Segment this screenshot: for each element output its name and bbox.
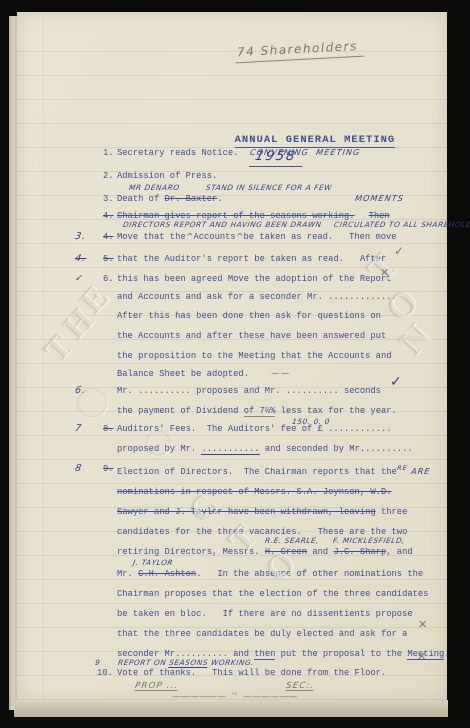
handwritten-text: J. TAYLOR [132, 559, 174, 567]
document-line: nominations in respect of Messrs. S.A. J… [39, 487, 439, 497]
document-line: be taken en bloc. If there are no dissen… [39, 609, 439, 619]
handwritten-item-number: 7 [74, 424, 83, 434]
handwritten-annotation-line: J. TAYLOR [39, 559, 439, 567]
document-line: 3.4.Move that the^Accounts^be taken as r… [39, 232, 439, 242]
typed-text: Death of [117, 194, 165, 204]
scanned-document-photo: 74 Shareholders ANNUAL GENERAL MEETING 1… [0, 0, 470, 728]
typed-text: H. Green [265, 547, 307, 557]
cross-mark: ✕ [380, 266, 389, 279]
typed-item-number: 6. [103, 274, 114, 284]
typed-item-number: 9. [103, 464, 114, 474]
check-mark: ✓ [394, 244, 404, 258]
typed-text: nominations in respect of Messrs. S.A. J… [117, 487, 392, 497]
document-line: 10.Vote of thanks. This will be done fro… [39, 668, 439, 678]
handwritten-annotation-line: MR DENAROSTAND IN SILENCE FOR A FEW [39, 184, 439, 192]
typed-text: less tax for the year. [275, 406, 396, 416]
typed-text: , and [386, 547, 412, 557]
typed-text: Dr. Baxter [165, 194, 218, 204]
document-line: that the three candidates be duly electe… [39, 629, 439, 639]
typed-text: . [217, 194, 222, 204]
document-line: Sawyer and J. Taylor have been withdrawn… [39, 507, 439, 517]
handwritten-text: MR DENARO [128, 184, 180, 192]
handwritten-text: STAND IN SILENCE FOR A FEW [205, 184, 332, 192]
typed-text: put the proposal to the [275, 649, 407, 659]
typed-text: Accounts [193, 232, 235, 242]
document-line: proposed by Mr. ........... and seconded… [39, 444, 439, 454]
handwritten-text: CIRCULATED TO ALL SHAREHOLDERS [333, 221, 470, 229]
document-line: the payment of Dividend of 7½% less tax … [39, 406, 439, 416]
typed-text: and seconded by Mr.......... [260, 444, 413, 454]
handwritten-item-number: ✓ [74, 274, 85, 284]
document-line: 4.5.that the Auditor's report be taken a… [39, 254, 439, 264]
handwritten-text: F. MICKLESFIELD, [332, 537, 406, 545]
typed-text: that the Auditor's report be taken as re… [117, 254, 386, 264]
typed-text: Election of Directors. The Chairman repo… [117, 467, 397, 477]
handwritten-text: 9 [94, 659, 101, 667]
typed-item-number: 3. [103, 194, 114, 204]
typed-text: After this has been done then ask for qu… [117, 311, 381, 321]
typed-item-number: 8. [103, 424, 114, 434]
handwritten-text: WORKING. [208, 659, 256, 667]
typed-item-number: 5. [103, 254, 114, 264]
typed-text: J.C. Sharp [333, 547, 386, 557]
document-line: retiring Directors, Messrs. H. Green and… [39, 547, 439, 557]
typed-item-number: 4. [103, 232, 114, 242]
check-mark: ✓ [390, 374, 402, 390]
typed-text: Mr. .......... proposes and Mr. ........… [117, 386, 381, 396]
handwritten-text: MOMENTS [354, 194, 405, 204]
typed-text: be taken en bloc. If there are no dissen… [117, 609, 413, 619]
document-line: the Accounts and after these have been a… [39, 331, 439, 341]
document-line: the proposition to the Meeting that the … [39, 351, 439, 361]
document-line: After this has been done then ask for qu… [39, 311, 439, 321]
typed-text: Auditors' Fees. The Auditors' fee of £ .… [117, 424, 392, 434]
cross-mark: ✕ [418, 618, 427, 631]
typed-text: the payment of Dividend [117, 406, 244, 416]
document-line: 2.Admission of Press. [39, 171, 439, 181]
typed-text: the proposition to the Meeting that the … [117, 351, 392, 361]
typed-text: Secretary reads Notice. [117, 148, 244, 158]
handwritten-annotation-line: R.E. SEARLE,F. MICKLESFIELD, [39, 537, 439, 545]
typed-text: that the three candidates be duly electe… [117, 629, 407, 639]
typed-text: Mr. [117, 569, 138, 579]
handwritten-text: DIRECTORS REPORT AND HAVING BEEN DRAWN [122, 221, 322, 229]
document-line: Balance Sheet be adopted.—— [39, 369, 439, 379]
handwritten-item-number: 6. [74, 386, 87, 396]
document-line: 6.Mr. .......... proposes and Mr. ......… [39, 386, 439, 396]
typed-text: C.H. Ashton [138, 569, 196, 579]
handwritten-item-number: 4. [74, 254, 87, 264]
typed-item-number: 1. [103, 148, 114, 158]
typed-text: the Accounts and after these have been a… [117, 331, 386, 341]
handwritten-text: ARE [410, 467, 431, 477]
pencil-text: PROP ... [134, 682, 179, 691]
document-line: 3.Death of Dr. Baxter.MOMENTS [39, 194, 439, 204]
typed-text: and Accounts and ask for a seconder Mr. … [117, 292, 397, 302]
page-stack-edge-bottom [14, 700, 448, 717]
handwritten-text: ^ [185, 232, 195, 242]
handwritten-text: ^ [235, 232, 245, 242]
document-line: ✓6.this has been agreed Move the adoptio… [39, 274, 439, 284]
typed-text: Admission of Press. [117, 171, 217, 181]
pencil-text: —— [270, 369, 291, 379]
handwritten-annotation-line: DIRECTORS REPORT AND HAVING BEEN DRAWNCI… [39, 221, 439, 229]
document-line: 1.Secretary reads Notice. CONVENING MEET… [39, 148, 439, 158]
document-line: Mr. C.H. Ashton. In the absence of other… [39, 569, 439, 579]
pencil-text: SEC:. [286, 682, 316, 691]
document-line: and Accounts and ask for a seconder Mr. … [39, 292, 439, 302]
document-page: 74 Shareholders ANNUAL GENERAL MEETING 1… [17, 12, 447, 702]
typed-item-number: 4. [103, 211, 114, 221]
doc-body: 1.Secretary reads Notice. CONVENING MEET… [39, 140, 439, 691]
handwritten-text: REPORT ON [118, 659, 171, 667]
typed-text: three [376, 507, 408, 517]
typed-text: Sawyer and J. Taylor have been withdrawn… [117, 507, 376, 517]
typed-text: Balance Sheet be adopted. [117, 369, 249, 379]
handwritten-item-number: 8 [74, 464, 83, 474]
typed-text: . In the absence of other nominations th… [196, 569, 423, 579]
typed-text: Move that the [117, 232, 186, 242]
typed-text: Chairman proposes that the election of t… [117, 589, 428, 599]
typed-text: retiring Directors, Messrs. [117, 547, 265, 557]
typed-text: Vote of thanks. This will be done from t… [117, 668, 386, 678]
handwritten-annotation-line: 9REPORT ON SEASONS WORKING. [39, 659, 439, 668]
handwritten-text: SEASONS [169, 659, 209, 668]
cross-mark: ✕ [417, 650, 426, 663]
pencil-stroke: —————— ʻʻ —————— [172, 692, 297, 702]
typed-text: . [444, 649, 449, 659]
typed-text: of 7½% [244, 406, 276, 417]
handwritten-text: R.E. SEARLE, [264, 537, 320, 545]
document-line: 78.Auditors' Fees. The Auditors' fee of … [39, 424, 439, 434]
handwritten-annotation-line: PROP ...SEC:. [39, 682, 439, 691]
handwritten-text: RE [396, 464, 408, 474]
document-line: Chairman proposes that the election of t… [39, 589, 439, 599]
handwritten-item-number: 3. [74, 232, 87, 242]
typed-text: proposed by Mr. [117, 444, 201, 454]
typed-item-number: 2. [103, 171, 114, 181]
typed-item-number: 10. [97, 668, 113, 678]
typed-text: this has been agreed Move the adoption o… [117, 274, 392, 284]
typed-text: ........... [201, 444, 259, 455]
typed-text: and [307, 547, 333, 557]
handwritten-text: CONVENING MEETING [249, 148, 361, 158]
typed-text: be taken as read. Then move [244, 232, 397, 242]
document-line: 89.Election of Directors. The Chairman r… [39, 464, 439, 477]
